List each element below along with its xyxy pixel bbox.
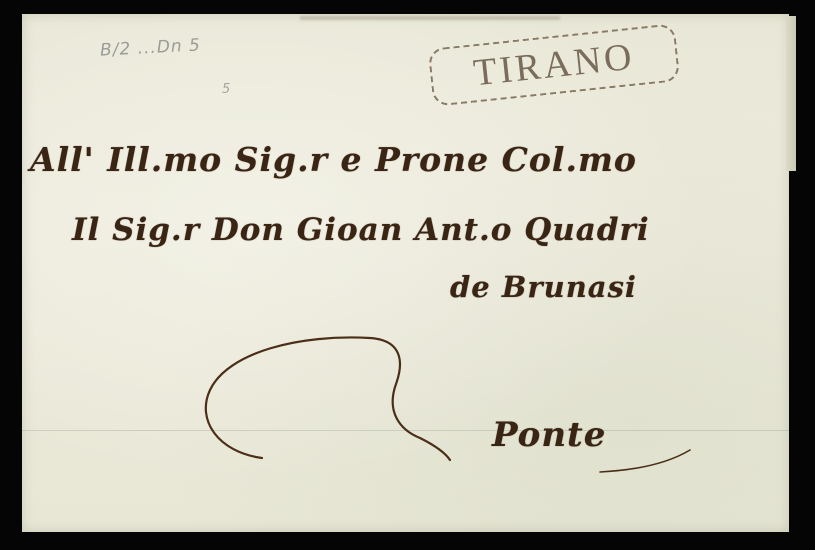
pen-flourish-icon [0, 0, 815, 550]
